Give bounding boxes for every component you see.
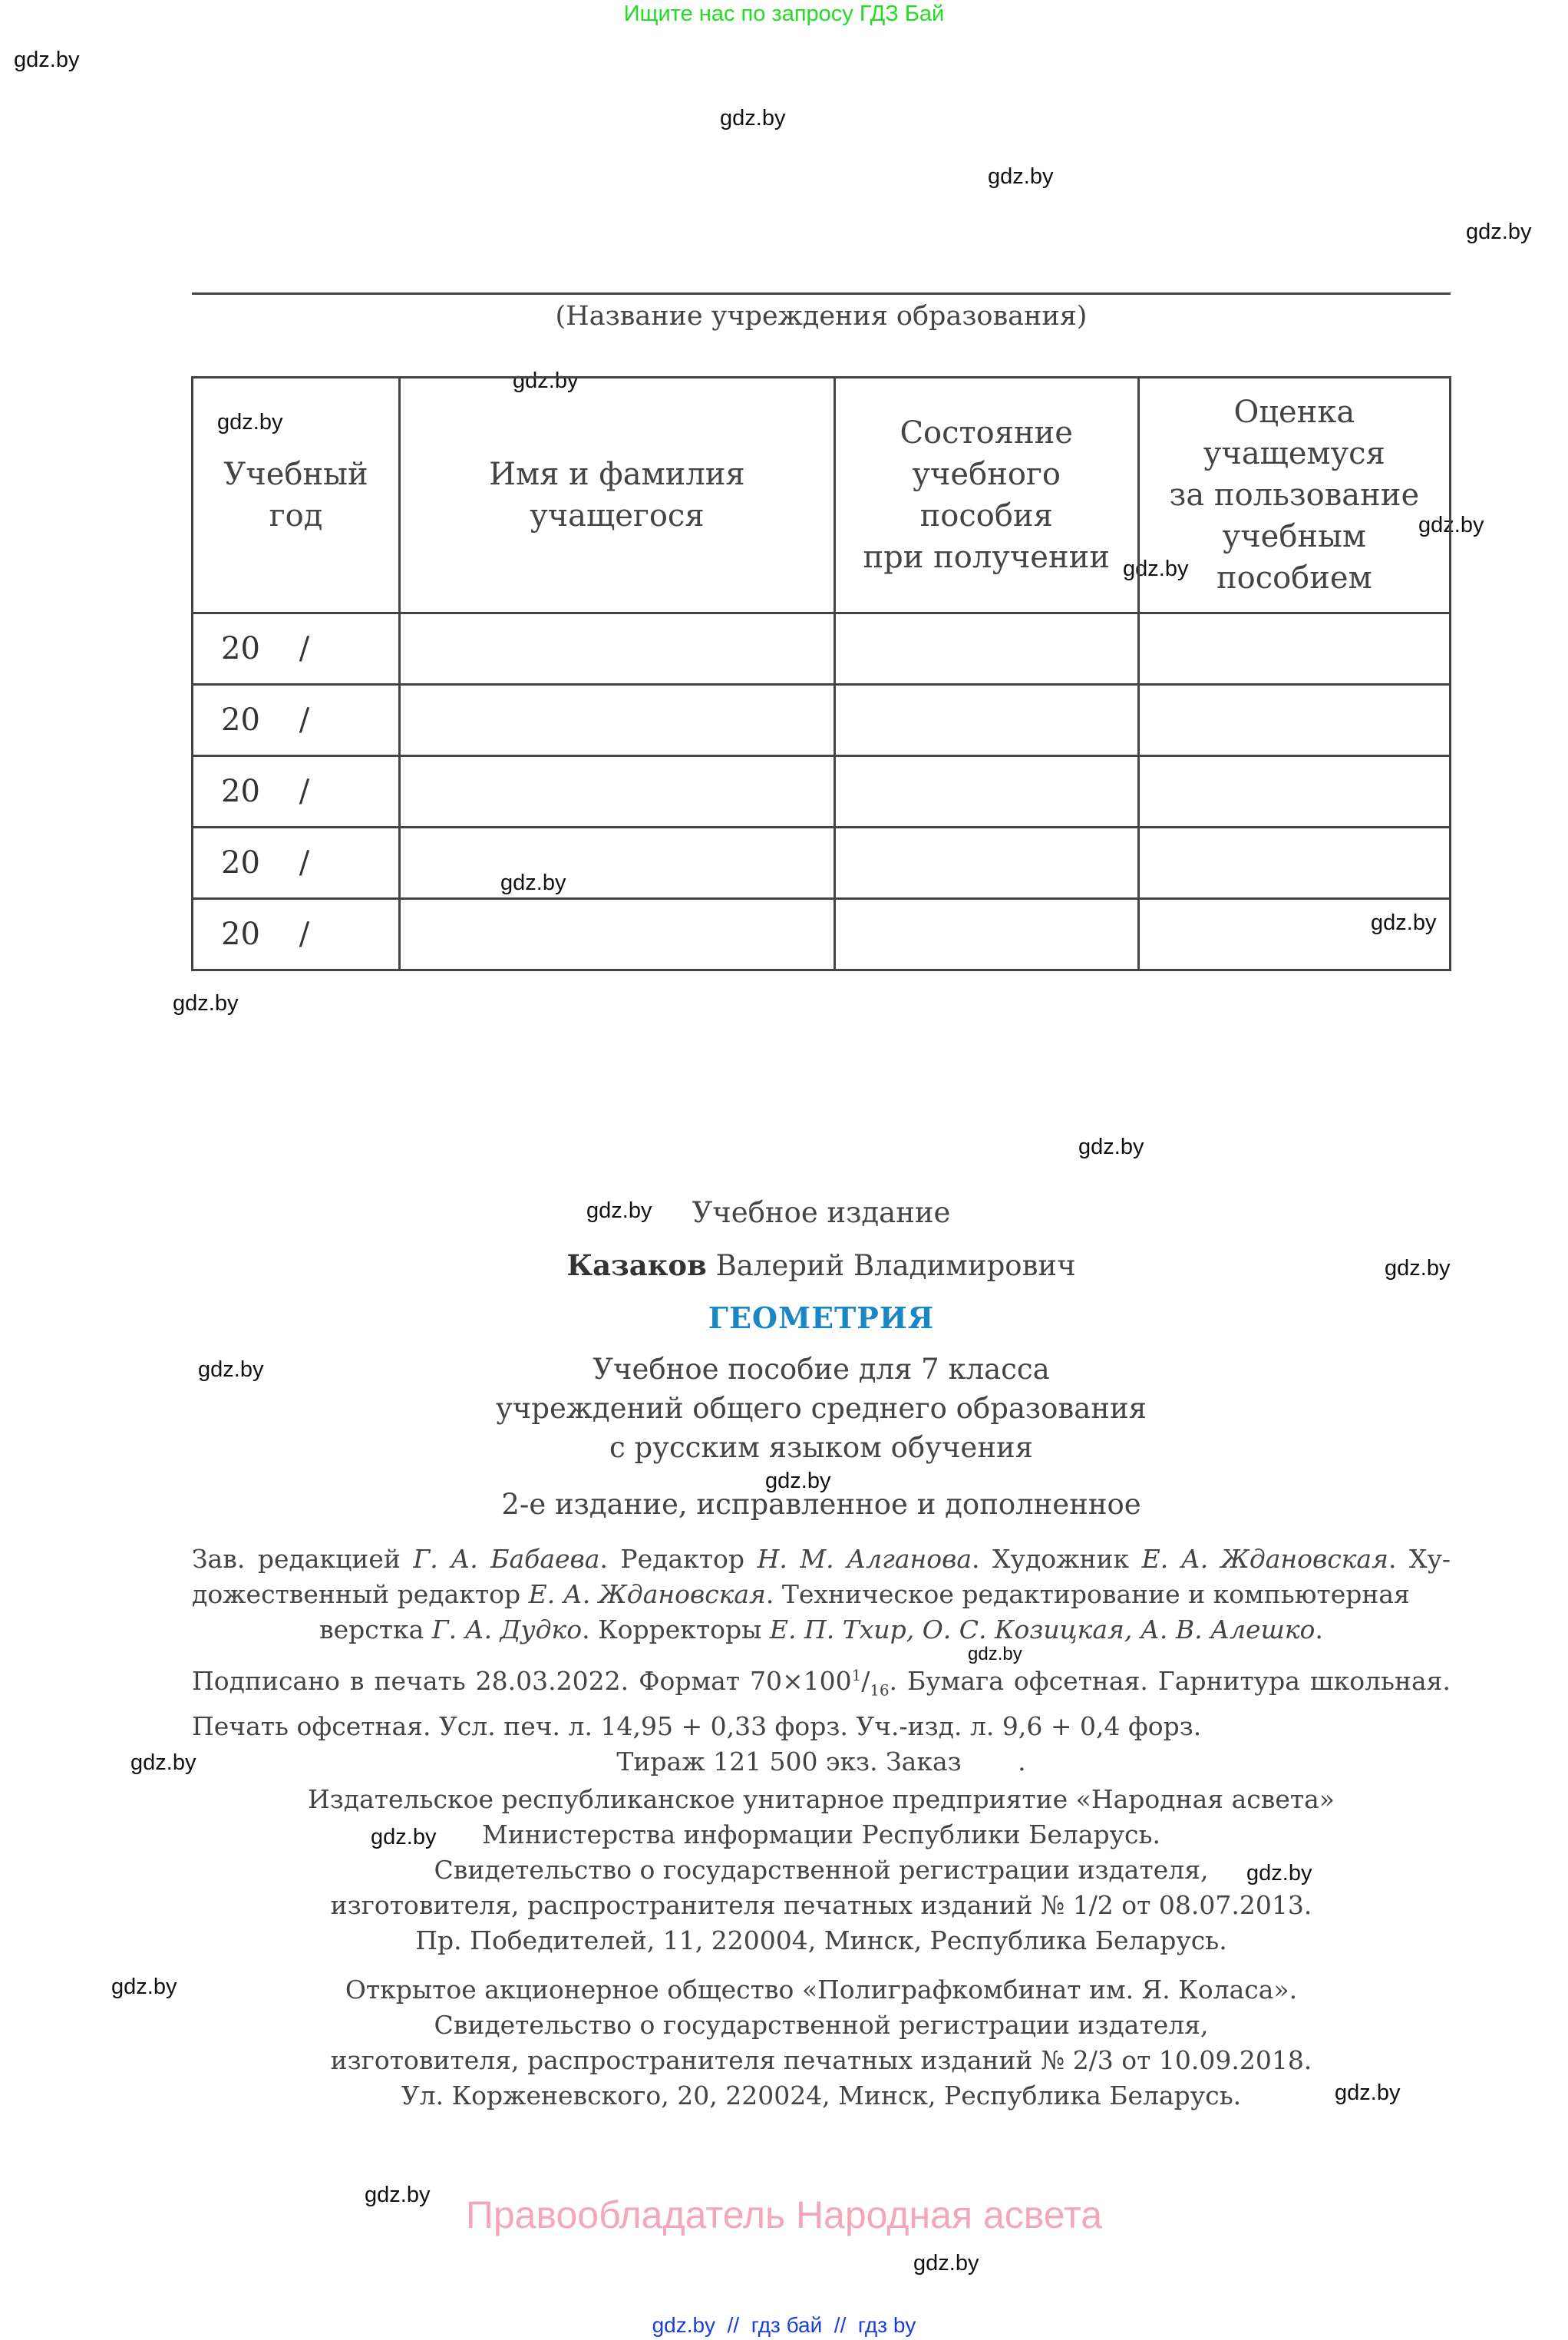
rights-holder: Правообладатель Народная асвета bbox=[0, 2193, 1568, 2237]
search-banner[interactable]: Ищите нас по запросу ГДЗ Бай bbox=[0, 2, 1568, 27]
school-year-cell: 20 / bbox=[193, 685, 400, 756]
header-condition: Состояние учебного пособия при получении bbox=[834, 378, 1138, 613]
entry-cell[interactable] bbox=[834, 685, 1138, 756]
printer-line: изготовителя, распространителя печатных … bbox=[192, 2043, 1451, 2078]
publisher-line: Министерства информации Республики Белар… bbox=[192, 1817, 1451, 1852]
publisher-line: Издательское республиканское унитарное п… bbox=[192, 1782, 1451, 1817]
entry-cell[interactable] bbox=[1138, 828, 1450, 899]
publisher-line: Пр. Победителей, 11, 220004, Минск, Респ… bbox=[192, 1923, 1451, 1958]
print-details: Подписано в печать 28.03.2022. Формат 70… bbox=[192, 1658, 1451, 1780]
subtitle-line: 2-е издание, исправленное и дополненное bbox=[192, 1485, 1451, 1524]
school-year-cell: 20 / bbox=[193, 828, 400, 899]
printer-line: Ул. Корженевского, 20, 220024, Минск, Ре… bbox=[192, 2078, 1451, 2114]
entry-cell[interactable] bbox=[834, 899, 1138, 970]
watermark: gdz.by bbox=[913, 2251, 979, 2276]
table-header-row: Учебный год Имя и фамилия учащегося Сост… bbox=[193, 378, 1451, 613]
header-school-year: Учебный год bbox=[193, 378, 400, 613]
entry-cell[interactable] bbox=[400, 899, 835, 970]
table-row: 20 / bbox=[193, 756, 1451, 828]
table-row: 20 / bbox=[193, 899, 1451, 970]
entry-cell[interactable] bbox=[1138, 756, 1450, 828]
table-row: 20 / bbox=[193, 613, 1451, 685]
book-title: ГЕОМЕТРИЯ bbox=[192, 1301, 1451, 1335]
table-row: 20 / bbox=[193, 685, 1451, 756]
editorial-staff: Зав. редакцией Г. А. Бабаева. Редактор Н… bbox=[192, 1542, 1451, 1648]
author-name: Валерий Владимирович bbox=[716, 1249, 1076, 1282]
watermark: gdz.by bbox=[720, 106, 785, 131]
entry-cell[interactable] bbox=[400, 613, 835, 685]
watermark: gdz.by bbox=[988, 164, 1053, 190]
publisher-line: изготовителя, распространителя печатных … bbox=[192, 1888, 1451, 1923]
watermark: gdz.by bbox=[14, 48, 79, 73]
subtitle-line: Учебное пособие для 7 класса bbox=[192, 1350, 1451, 1389]
textbook-register-table: Учебный год Имя и фамилия учащегося Сост… bbox=[191, 376, 1451, 971]
institution-name-line bbox=[192, 292, 1451, 295]
entry-cell[interactable] bbox=[834, 828, 1138, 899]
entry-cell[interactable] bbox=[1138, 613, 1450, 685]
school-year-cell: 20 / bbox=[193, 613, 400, 685]
entry-cell[interactable] bbox=[1138, 899, 1450, 970]
header-student-name: Имя и фамилия учащегося bbox=[400, 378, 835, 613]
author: Казаков Валерий Владимирович bbox=[192, 1248, 1451, 1282]
footer-links[interactable]: gdz.by // гдз бай // гдз by bbox=[0, 2313, 1568, 2338]
table-row: 20 / bbox=[193, 828, 1451, 899]
entry-cell[interactable] bbox=[400, 828, 835, 899]
publisher-line: Свидетельство о государственной регистра… bbox=[192, 1852, 1451, 1888]
header-rating: Оценка учащемуся за пользование учебным … bbox=[1138, 378, 1450, 613]
entry-cell[interactable] bbox=[400, 685, 835, 756]
watermark: gdz.by bbox=[1466, 220, 1531, 245]
entry-cell[interactable] bbox=[400, 756, 835, 828]
watermark: gdz.by bbox=[130, 1750, 196, 1776]
edition-type: Учебное издание bbox=[192, 1196, 1451, 1229]
entry-cell[interactable] bbox=[834, 613, 1138, 685]
printer-line: Открытое акционерное общество «Полиграфк… bbox=[192, 1972, 1451, 2008]
entry-cell[interactable] bbox=[834, 756, 1138, 828]
institution-caption: (Название учреждения образования) bbox=[192, 301, 1451, 332]
publisher-info: Издательское республиканское унитарное п… bbox=[192, 1782, 1451, 1958]
subtitle-line: учреждений общего среднего образования bbox=[192, 1389, 1451, 1428]
school-year-cell: 20 / bbox=[193, 756, 400, 828]
school-year-cell: 20 / bbox=[193, 899, 400, 970]
author-surname: Казаков bbox=[566, 1248, 706, 1282]
printer-info: Открытое акционерное общество «Полиграфк… bbox=[192, 1972, 1451, 2114]
watermark: gdz.by bbox=[1078, 1135, 1144, 1160]
entry-cell[interactable] bbox=[1138, 685, 1450, 756]
subtitle-line: с русским языком обучения bbox=[192, 1428, 1451, 1467]
printer-line: Свидетельство о государственной регистра… bbox=[192, 2008, 1451, 2043]
watermark: gdz.by bbox=[111, 1975, 177, 2000]
watermark: gdz.by bbox=[173, 991, 238, 1016]
